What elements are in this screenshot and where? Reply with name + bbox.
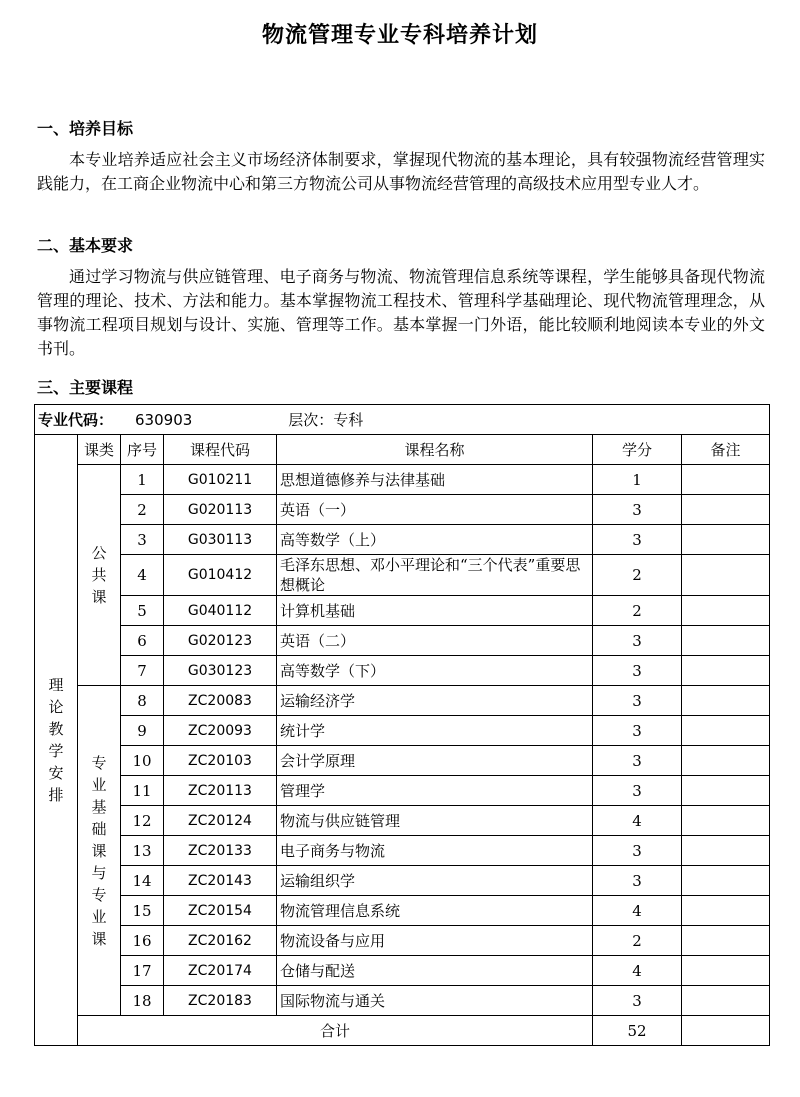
table-row: 7 G030123 高等数学（下） 3 — [35, 656, 770, 686]
cell-name: 会计学原理 — [277, 746, 593, 776]
cell-remarks — [682, 896, 770, 926]
cell-remarks — [682, 626, 770, 656]
table-total-row: 合计 52 — [35, 1016, 770, 1046]
header-category: 课类 — [78, 435, 121, 465]
cell-seq: 8 — [121, 686, 164, 716]
cell-remarks — [682, 465, 770, 495]
section-body-goals: 本专业培养适应社会主义市场经济体制要求，掌握现代物流的基本理论，具有较强物流经营… — [37, 148, 765, 196]
cell-seq: 9 — [121, 716, 164, 746]
cell-code: ZC20124 — [164, 806, 277, 836]
table-row: 16 ZC20162 物流设备与应用 2 — [35, 926, 770, 956]
cell-remarks — [682, 776, 770, 806]
cell-credits: 3 — [593, 686, 682, 716]
cell-name: 高等数学（下） — [277, 656, 593, 686]
major-code-label: 专业代码： — [38, 411, 113, 429]
cell-remarks — [682, 596, 770, 626]
cell-credits: 3 — [593, 495, 682, 525]
header-remarks: 备注 — [682, 435, 770, 465]
cell-seq: 6 — [121, 626, 164, 656]
cell-code: ZC20113 — [164, 776, 277, 806]
cell-seq: 1 — [121, 465, 164, 495]
cell-credits: 2 — [593, 555, 682, 596]
cell-name: 思想道德修养与法律基础 — [277, 465, 593, 495]
cell-code: ZC20133 — [164, 836, 277, 866]
major-info-cell: 专业代码：630903层次：专科 — [35, 405, 770, 435]
cell-credits: 4 — [593, 956, 682, 986]
table-header-row: 理论教学安排 课类 序号 课程代码 课程名称 学分 备注 — [35, 435, 770, 465]
cell-code: G030113 — [164, 525, 277, 555]
cell-credits: 3 — [593, 626, 682, 656]
table-meta-row: 专业代码：630903层次：专科 — [35, 405, 770, 435]
section-heading-requirements: 二、基本要求 — [37, 233, 133, 256]
cell-code: ZC20103 — [164, 746, 277, 776]
cell-seq: 13 — [121, 836, 164, 866]
table-row: 11 ZC20113 管理学 3 — [35, 776, 770, 806]
cell-remarks — [682, 866, 770, 896]
cell-code: ZC20143 — [164, 866, 277, 896]
cell-credits: 3 — [593, 656, 682, 686]
cell-name: 仓储与配送 — [277, 956, 593, 986]
cell-remarks — [682, 956, 770, 986]
cell-remarks — [682, 746, 770, 776]
cell-seq: 18 — [121, 986, 164, 1016]
cell-code: G040112 — [164, 596, 277, 626]
cell-credits: 3 — [593, 986, 682, 1016]
cell-remarks — [682, 686, 770, 716]
cell-name: 物流设备与应用 — [277, 926, 593, 956]
group-label-public: 公共课 — [91, 542, 107, 608]
cell-code: ZC20174 — [164, 956, 277, 986]
cell-code: ZC20083 — [164, 686, 277, 716]
cell-code: G030123 — [164, 656, 277, 686]
cell-credits: 1 — [593, 465, 682, 495]
cell-remarks — [682, 525, 770, 555]
cell-code: G020123 — [164, 626, 277, 656]
outer-group-cell: 理论教学安排 — [35, 435, 78, 1046]
cell-remarks — [682, 986, 770, 1016]
table-row: 14 ZC20143 运输组织学 3 — [35, 866, 770, 896]
table-row: 12 ZC20124 物流与供应链管理 4 — [35, 806, 770, 836]
cell-remarks — [682, 926, 770, 956]
cell-name: 英语（一） — [277, 495, 593, 525]
cell-credits: 4 — [593, 806, 682, 836]
cell-seq: 11 — [121, 776, 164, 806]
cell-remarks — [682, 495, 770, 525]
cell-credits: 4 — [593, 896, 682, 926]
header-credits: 学分 — [593, 435, 682, 465]
table-row: 6 G020123 英语（二） 3 — [35, 626, 770, 656]
table-row: 17 ZC20174 仓储与配送 4 — [35, 956, 770, 986]
cell-remarks — [682, 716, 770, 746]
cell-seq: 15 — [121, 896, 164, 926]
table-row: 3 G030113 高等数学（上） 3 — [35, 525, 770, 555]
table-row: 18 ZC20183 国际物流与通关 3 — [35, 986, 770, 1016]
major-code-value: 630903 — [135, 411, 192, 429]
cell-seq: 7 — [121, 656, 164, 686]
cell-name: 高等数学（上） — [277, 525, 593, 555]
cell-seq: 3 — [121, 525, 164, 555]
table-row: 4 G010412 毛泽东思想、邓小平理论和“三个代表”重要思想概论 2 — [35, 555, 770, 596]
cell-code: G020113 — [164, 495, 277, 525]
cell-remarks — [682, 555, 770, 596]
cell-code: ZC20162 — [164, 926, 277, 956]
cell-seq: 16 — [121, 926, 164, 956]
cell-seq: 2 — [121, 495, 164, 525]
cell-credits: 3 — [593, 836, 682, 866]
section-body-requirements: 通过学习物流与供应链管理、电子商务与物流、物流管理信息系统等课程，学生能够具备现… — [37, 265, 765, 361]
table-row: 公共课 1 G010211 思想道德修养与法律基础 1 — [35, 465, 770, 495]
header-seq: 序号 — [121, 435, 164, 465]
cell-code: ZC20183 — [164, 986, 277, 1016]
cell-code: G010412 — [164, 555, 277, 596]
cell-name: 物流管理信息系统 — [277, 896, 593, 926]
cell-name: 管理学 — [277, 776, 593, 806]
level-label: 层次：专科 — [288, 409, 363, 430]
table-row: 10 ZC20103 会计学原理 3 — [35, 746, 770, 776]
header-code: 课程代码 — [164, 435, 277, 465]
cell-name: 运输组织学 — [277, 866, 593, 896]
table-row: 专业基础课与专业课 8 ZC20083 运输经济学 3 — [35, 686, 770, 716]
cell-remarks — [682, 656, 770, 686]
cell-credits: 3 — [593, 776, 682, 806]
table-row: 15 ZC20154 物流管理信息系统 4 — [35, 896, 770, 926]
course-plan-table: 专业代码：630903层次：专科 理论教学安排 课类 序号 课程代码 课程名称 … — [34, 404, 770, 1046]
table-row: 13 ZC20133 电子商务与物流 3 — [35, 836, 770, 866]
cell-code: G010211 — [164, 465, 277, 495]
cell-seq: 10 — [121, 746, 164, 776]
cell-seq: 4 — [121, 555, 164, 596]
cell-credits: 2 — [593, 926, 682, 956]
cell-credits: 3 — [593, 746, 682, 776]
cell-credits: 3 — [593, 716, 682, 746]
header-name: 课程名称 — [277, 435, 593, 465]
cell-name: 运输经济学 — [277, 686, 593, 716]
cell-name: 电子商务与物流 — [277, 836, 593, 866]
table-row: 9 ZC20093 统计学 3 — [35, 716, 770, 746]
cell-credits: 3 — [593, 525, 682, 555]
cell-remarks — [682, 806, 770, 836]
cell-name: 物流与供应链管理 — [277, 806, 593, 836]
section-heading-courses: 三、主要课程 — [37, 375, 133, 398]
cell-seq: 14 — [121, 866, 164, 896]
cell-credits: 2 — [593, 596, 682, 626]
cell-seq: 17 — [121, 956, 164, 986]
cell-name: 英语（二） — [277, 626, 593, 656]
page-title: 物流管理专业专科培养计划 — [0, 18, 800, 49]
cell-name: 国际物流与通关 — [277, 986, 593, 1016]
group-label-professional: 专业基础课与专业课 — [91, 752, 107, 950]
cell-seq: 12 — [121, 806, 164, 836]
outer-group-label: 理论教学安排 — [48, 674, 64, 806]
cell-seq: 5 — [121, 596, 164, 626]
cell-code: ZC20093 — [164, 716, 277, 746]
cell-name: 统计学 — [277, 716, 593, 746]
section-heading-goals: 一、培养目标 — [37, 116, 133, 139]
group-cell-public: 公共课 — [78, 465, 121, 686]
group-cell-professional: 专业基础课与专业课 — [78, 686, 121, 1016]
cell-code: ZC20154 — [164, 896, 277, 926]
table-row: 5 G040112 计算机基础 2 — [35, 596, 770, 626]
total-credits: 52 — [593, 1016, 682, 1046]
cell-remarks — [682, 836, 770, 866]
total-remarks — [682, 1016, 770, 1046]
cell-name: 毛泽东思想、邓小平理论和“三个代表”重要思想概论 — [277, 555, 593, 596]
table-row: 2 G020113 英语（一） 3 — [35, 495, 770, 525]
cell-credits: 3 — [593, 866, 682, 896]
cell-name: 计算机基础 — [277, 596, 593, 626]
total-label: 合计 — [78, 1016, 593, 1046]
